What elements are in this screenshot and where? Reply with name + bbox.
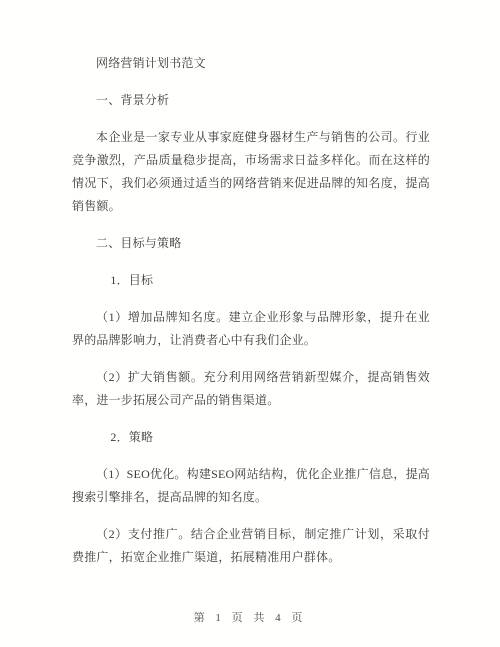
page-number-label: 第 1 页 共 4 页 bbox=[194, 612, 307, 624]
document-page: 网络营销计划书范文 一、背景分析 本企业是一家专业从事家庭健身器材生产与销售的公… bbox=[0, 0, 500, 647]
subheading-goals: 1．目标 bbox=[72, 269, 430, 292]
paragraph-goal-2-sales-growth: （2）扩大销售额。充分利用网络营销新型媒介，提高销售效率，进一步拓展公司产品的销… bbox=[72, 366, 430, 412]
paragraph-background-analysis: 本企业是一家专业从事家庭健身器材生产与销售的公司。行业竞争激烈，产品质量稳步提高… bbox=[72, 126, 430, 218]
document-title: 网络营销计划书范文 bbox=[72, 52, 430, 75]
heading-goals-and-strategy: 二、目标与策略 bbox=[72, 232, 430, 255]
paragraph-strategy-1-seo: （1）SEO优化。构建SEO网站结构，优化企业推广信息，提高搜索引擎排名，提高品… bbox=[72, 463, 430, 509]
page-footer: 第 1 页 共 4 页 bbox=[0, 609, 500, 625]
subheading-strategy: 2．策略 bbox=[72, 426, 430, 449]
heading-background-analysis: 一、背景分析 bbox=[72, 89, 430, 112]
paragraph-goal-1-brand-awareness: （1）增加品牌知名度。建立企业形象与品牌形象，提升在业界的品牌影响力，让消费者心… bbox=[72, 306, 430, 352]
paragraph-strategy-2-paid-promotion: （2）支付推广。结合企业营销目标，制定推广计划，采取付费推广，拓宽企业推广渠道，… bbox=[72, 523, 430, 569]
